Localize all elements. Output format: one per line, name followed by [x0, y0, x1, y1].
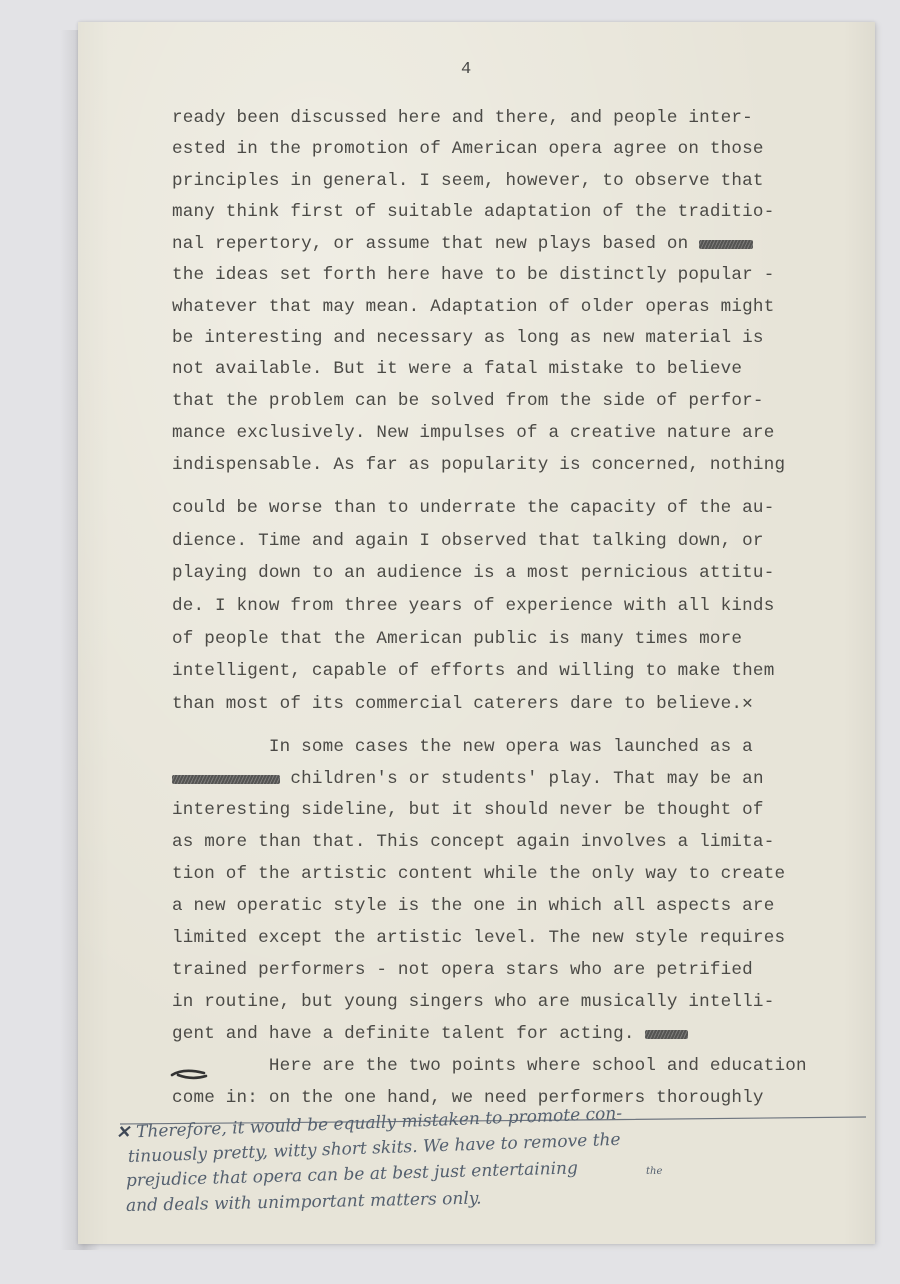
typed-text: many think first of suitable adaptation …	[172, 202, 774, 222]
typed-line: could be worse than to underrate the cap…	[172, 496, 774, 520]
typed-text: in routine, but young singers who are mu…	[172, 992, 774, 1012]
typed-text: ested in the promotion of American opera…	[172, 139, 764, 159]
typed-text: In some cases the new opera was launched…	[172, 737, 753, 757]
typed-text: dience. Time and again I observed that t…	[172, 531, 764, 551]
typed-line: ready been discussed here and there, and…	[172, 106, 753, 130]
typed-text: children's or students' play. That may b…	[280, 769, 764, 789]
typed-line: Here are the two points where school and…	[172, 1054, 807, 1078]
typed-text: a new operatic style is the one in which…	[172, 896, 774, 916]
typed-line: the ideas set forth here have to be dist…	[172, 263, 774, 287]
struck-out-word: xxxxxxxxxx	[172, 767, 280, 791]
struck-out-word: xxxx	[645, 1022, 688, 1046]
typed-line: that the problem can be solved from the …	[172, 389, 764, 413]
typed-line: as more than that. This concept again in…	[172, 830, 774, 854]
typed-line: intelligent, capable of efforts and will…	[172, 659, 774, 683]
typed-text: limited except the artistic level. The n…	[172, 928, 785, 948]
typed-line: of people that the American public is ma…	[172, 627, 742, 651]
typed-text: not available. But it were a fatal mista…	[172, 359, 742, 379]
typewritten-page: 4 ready been discussed here and there, a…	[78, 22, 875, 1244]
typed-line: de. I know from three years of experienc…	[172, 594, 774, 618]
typed-line: xxxxxxxxxx children's or students' play.…	[172, 767, 764, 791]
typed-text: playing down to an audience is a most pe…	[172, 563, 774, 583]
handwritten-insert-arrow-icon	[170, 1069, 208, 1081]
typed-text: Here are the two points where school and…	[172, 1056, 807, 1076]
typed-text: as more than that. This concept again in…	[172, 832, 774, 852]
typed-line: trained performers - not opera stars who…	[172, 958, 753, 982]
typed-line: be interesting and necessary as long as …	[172, 326, 764, 350]
typed-line: nal repertory, or assume that new plays …	[172, 232, 753, 256]
typed-text: the ideas set forth here have to be dist…	[172, 265, 774, 285]
typed-line: indispensable. As far as popularity is c…	[172, 453, 785, 477]
typed-line: tion of the artistic content while the o…	[172, 862, 785, 886]
typed-line: come in: on the one hand, we need perfor…	[172, 1086, 764, 1110]
typed-line: principles in general. I seem, however, …	[172, 169, 764, 193]
typed-text: trained performers - not opera stars who…	[172, 960, 753, 980]
typed-text: could be worse than to underrate the cap…	[172, 498, 774, 518]
typed-text: than most of its commercial caterers dar…	[172, 694, 753, 714]
typed-text: of people that the American public is ma…	[172, 629, 742, 649]
typed-line: in routine, but young singers who are mu…	[172, 990, 774, 1014]
typed-text: de. I know from three years of experienc…	[172, 596, 774, 616]
typed-line: interesting sideline, but it should neve…	[172, 798, 764, 822]
typed-line: limited except the artistic level. The n…	[172, 926, 785, 950]
typed-line: In some cases the new opera was launched…	[172, 735, 753, 759]
footnote-marker-icon: ✕	[116, 1122, 137, 1143]
handwritten-line: and deals with unimportant matters only.	[126, 1188, 482, 1218]
handwritten-insertion: the	[646, 1160, 662, 1183]
typed-text: gent and have a definite talent for acti…	[172, 1024, 645, 1044]
typed-line: dience. Time and again I observed that t…	[172, 529, 764, 553]
typed-text: intelligent, capable of efforts and will…	[172, 661, 774, 681]
typed-text: indispensable. As far as popularity is c…	[172, 455, 785, 475]
typed-line: whatever that may mean. Adaptation of ol…	[172, 295, 774, 319]
typed-text: ready been discussed here and there, and…	[172, 108, 753, 128]
typed-text: that the problem can be solved from the …	[172, 391, 764, 411]
typed-text: come in: on the one hand, we need perfor…	[172, 1088, 764, 1108]
typed-text: be interesting and necessary as long as …	[172, 328, 764, 348]
typed-line: a new operatic style is the one in which…	[172, 894, 774, 918]
typed-line: playing down to an audience is a most pe…	[172, 561, 774, 585]
typed-line: many think first of suitable adaptation …	[172, 200, 774, 224]
typed-line: than most of its commercial caterers dar…	[172, 692, 753, 716]
typed-text: tion of the artistic content while the o…	[172, 864, 785, 884]
typed-text: whatever that may mean. Adaptation of ol…	[172, 297, 774, 317]
typed-text: interesting sideline, but it should neve…	[172, 800, 764, 820]
typed-text: nal repertory, or assume that new plays …	[172, 234, 699, 254]
struck-out-word: which	[699, 232, 753, 256]
typed-line: gent and have a definite talent for acti…	[172, 1022, 688, 1046]
typed-line: ested in the promotion of American opera…	[172, 137, 764, 161]
typed-line: mance exclusively. New impulses of a cre…	[172, 421, 774, 445]
typed-text: mance exclusively. New impulses of a cre…	[172, 423, 774, 443]
typed-line: not available. But it were a fatal mista…	[172, 357, 742, 381]
typed-text: principles in general. I seem, however, …	[172, 171, 764, 191]
handwritten-text: and deals with unimportant matters only.	[126, 1189, 482, 1216]
page-number: 4	[461, 60, 471, 79]
